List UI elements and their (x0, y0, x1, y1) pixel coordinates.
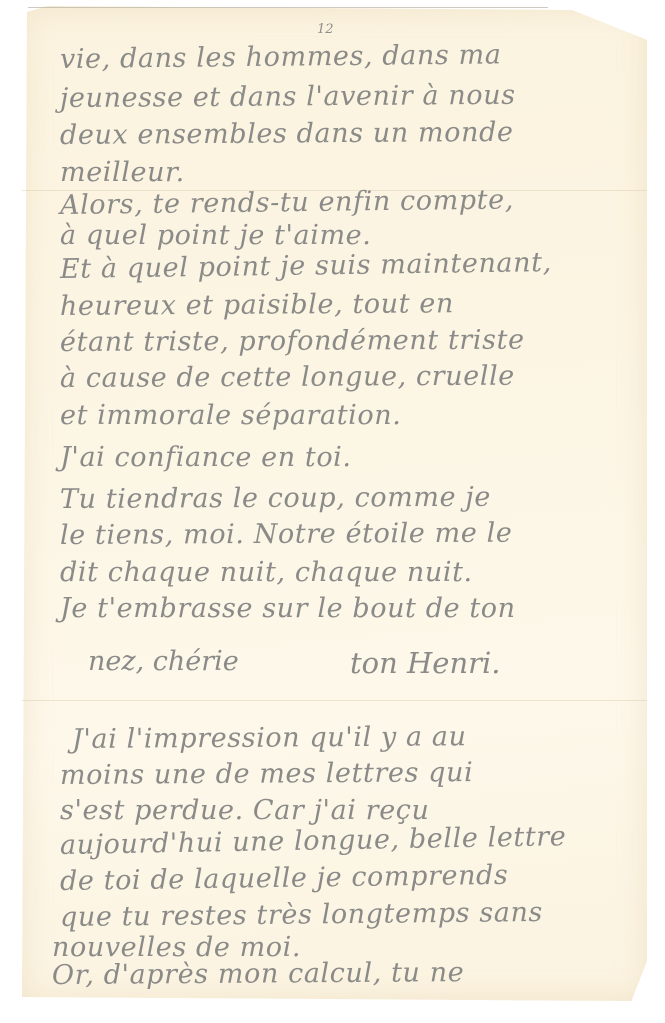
signature: ton Henri. (350, 646, 501, 680)
postscript-line: s'est perdue. Car j'ai reçu (60, 795, 429, 826)
page-number: 12 (317, 22, 334, 37)
letter-line: et immorale séparation. (60, 400, 401, 431)
letter-line: le tiens, moi. Notre étoile me le (60, 518, 513, 551)
letter-line: Alors, te rends-tu enfin compte, (60, 184, 514, 221)
letter-line: deux ensembles dans un monde (60, 117, 514, 151)
letter-line: vie, dans les hommes, dans ma (60, 39, 502, 75)
letter-line: Tu tiendras le coup, comme je (60, 482, 491, 515)
postscript-line: J'ai l'impression qu'il y a au (72, 721, 467, 755)
letter-line: J'ai confiance en toi. (60, 442, 352, 473)
postscript-line: Or, d'après mon calcul, tu ne (52, 957, 464, 991)
letter-line: jeunesse et dans l'avenir à nous (60, 80, 516, 114)
letter-line: à cause de cette longue, cruelle (60, 361, 515, 394)
paper-top-edge (28, 7, 548, 8)
letter-line: heureux et paisible, tout en (60, 288, 454, 322)
postscript-line: que tu restes très longtemps sans (60, 897, 543, 933)
ink-mark (356, 383, 358, 385)
paper-fold-line (22, 700, 647, 701)
letter-line: dit chaque nuit, chaque nuit. (60, 557, 473, 588)
postscript-line: moins une de mes lettres qui (60, 757, 473, 791)
postscript-line: de toi de laquelle je comprends (60, 860, 509, 897)
letter-line: Je t'embrasse sur le bout de ton (60, 593, 516, 624)
letter-line: meilleur. (60, 157, 185, 188)
closing-endearment: nez, chérie (88, 646, 239, 677)
letter-line: à quel point je t'aime. (60, 220, 371, 251)
letter-line: étant triste, profondément triste (60, 325, 525, 358)
